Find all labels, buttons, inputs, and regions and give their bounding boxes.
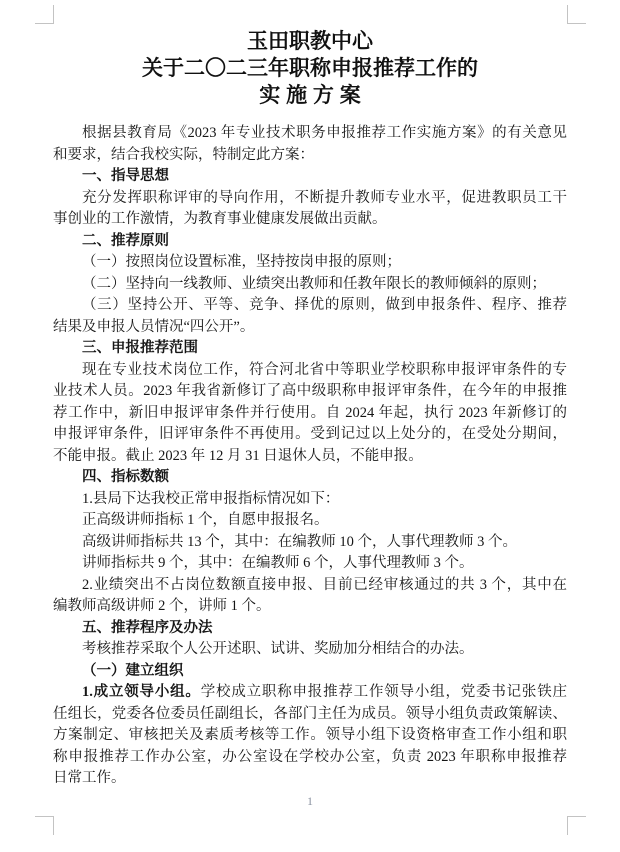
- body-line: 考核推荐采取个人公开述职、试讲、奖励加分相结合的办法。: [53, 639, 567, 661]
- section-heading-5: 五、推荐程序及办法: [53, 618, 567, 640]
- section-heading-3: 三、申报推荐范围: [53, 338, 567, 360]
- body-line: 业技术人员。2023 年我省新修订了高中级职称申报评审条件，在今年的申报推: [53, 381, 567, 403]
- body-line: 申报评审条件，旧评审条件不再使用。受到记过以上处分的，在受处分期间，: [53, 424, 567, 446]
- body-line: （三）坚持公开、平等、竞争、择优的原则，做到申报条件、程序、推荐: [53, 295, 567, 317]
- body-line: 现在专业技术岗位工作，符合河北省中等职业学校职称申报评审条件的专: [53, 360, 567, 382]
- section-heading-1: 一、指导思想: [53, 166, 567, 188]
- body-line: 根据县教育局《2023 年专业技术职务申报推荐工作实施方案》的有关意见: [53, 123, 567, 145]
- crop-mark-top-left: [35, 5, 54, 24]
- body-line: （二）坚持向一线教师、业绩突出教师和任教年限长的教师倾斜的原则；: [53, 274, 567, 296]
- body-line: 不能申报。截止 2023 年 12 月 31 日退休人员，不能申报。: [53, 446, 567, 468]
- text-run: 学校成立职称申报推荐工作领导小组，党委书记张铁庄: [201, 684, 567, 700]
- document-page: 玉田职教中心 关于二〇二三年职称申报推荐工作的 实 施 方 案 根据县教育局《2…: [0, 0, 620, 852]
- crop-mark-top-right: [567, 5, 586, 24]
- body-line: 编教师高级讲师 2 个，讲师 1 个。: [53, 596, 567, 618]
- body-line: 日常工作。: [53, 768, 567, 790]
- document-title-block: 玉田职教中心 关于二〇二三年职称申报推荐工作的 实 施 方 案: [53, 28, 567, 109]
- section-heading-4: 四、指标数额: [53, 467, 567, 489]
- body-line: 和要求，结合我校实际，特制定此方案：: [53, 145, 567, 167]
- doc-title-line-1: 玉田职教中心: [53, 28, 567, 55]
- body-line: 2.业绩突出不占岗位数额直接申报、目前已经审核通过的共 3 个，其中在: [53, 575, 567, 597]
- page-number: 1: [0, 794, 620, 808]
- body-line: 充分发挥职称评审的导向作用，不断提升教师专业水平，促进教职员工干: [53, 188, 567, 210]
- doc-title-line-3: 实 施 方 案: [53, 82, 567, 109]
- body-line: 称申报推荐工作办公室，办公室设在学校办公室，负责 2023 年职称申报推荐: [53, 747, 567, 769]
- bold-run: 1.成立领导小组。: [82, 684, 201, 700]
- body-line: 方案制定、审核把关及素质考核等工作。领导小组下设资格审查工作小组和职: [53, 725, 567, 747]
- crop-mark-bottom-left: [35, 816, 54, 835]
- body-line: 1.成立领导小组。学校成立职称申报推荐工作领导小组，党委书记张铁庄: [53, 682, 567, 704]
- sub-heading-establish-organization: （一）建立组织: [53, 661, 567, 683]
- body-line: 1.县局下达我校正常申报指标情况如下：: [53, 489, 567, 511]
- section-heading-2: 二、推荐原则: [53, 231, 567, 253]
- document-body: 玉田职教中心 关于二〇二三年职称申报推荐工作的 实 施 方 案 根据县教育局《2…: [53, 23, 567, 790]
- body-line: 正高级讲师指标 1 个，自愿申报报名。: [53, 510, 567, 532]
- body-line: 讲师指标共 9 个，其中：在编教师 6 个，人事代理教师 3 个。: [53, 553, 567, 575]
- crop-mark-bottom-right: [567, 816, 586, 835]
- body-line: 结果及申报人员情况“四公开”。: [53, 317, 567, 339]
- body-line: 高级讲师指标共 13 个，其中：在编教师 10 个，人事代理教师 3 个。: [53, 532, 567, 554]
- body-line: 事创业的工作激情，为教育事业健康发展做出贡献。: [53, 209, 567, 231]
- body-line: （一）按照岗位设置标准，坚持按岗申报的原则；: [53, 252, 567, 274]
- doc-title-line-2: 关于二〇二三年职称申报推荐工作的: [53, 55, 567, 82]
- body-line: 荐工作中，新旧申报评审条件并行使用。自 2024 年起，执行 2023 年新修订…: [53, 403, 567, 425]
- body-line: 任组长，党委各位委员任副组长，各部门主任为成员。领导小组负责政策解读、: [53, 704, 567, 726]
